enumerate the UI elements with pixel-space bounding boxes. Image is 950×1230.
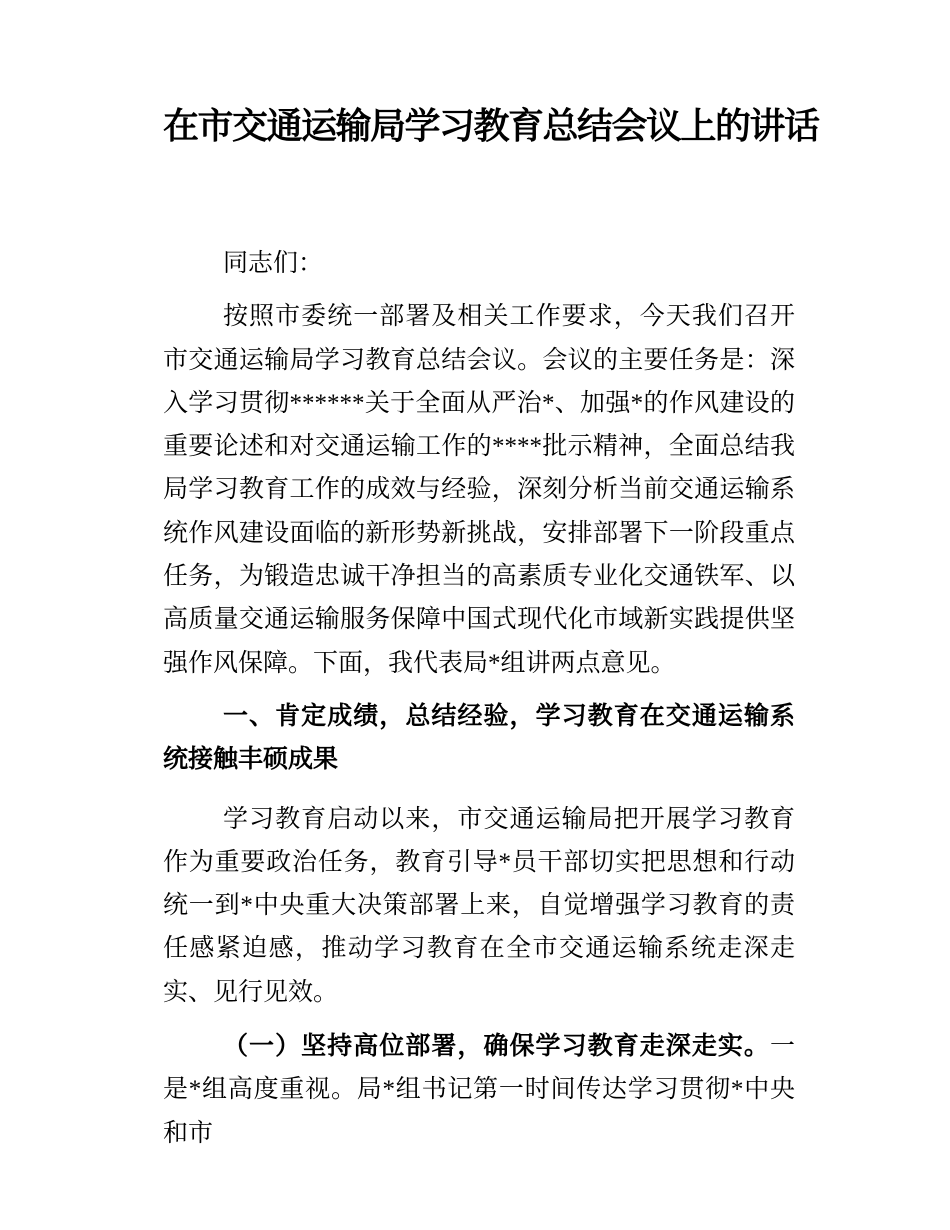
paragraph-subsection-1-1: （一）坚持高位部署，确保学习教育走深走实。一是*组高度重视。局*组书记第一时间传…: [163, 1025, 795, 1155]
document-page: 在市交通运输局学习教育总结会议上的讲话 同志们： 按照市委统一部署及相关工作要求…: [0, 0, 950, 1230]
salutation: 同志们：: [163, 242, 795, 285]
paragraph-intro: 按照市委统一部署及相关工作要求，今天我们召开市交通运输局学习教育总结会议。会议的…: [163, 295, 795, 685]
heading-section-1: 一、肯定成绩，总结经验，学习教育在交通运输系统接触丰硕成果: [163, 695, 795, 782]
paragraph-section-1: 学习教育启动以来，市交通运输局把开展学习教育作为重要政治任务，教育引导*员干部切…: [163, 798, 795, 1014]
document-title: 在市交通运输局学习教育总结会议上的讲话: [163, 0, 795, 152]
subheading-1-1: （一）坚持高位部署，确保学习教育走深走实。: [223, 1032, 770, 1060]
